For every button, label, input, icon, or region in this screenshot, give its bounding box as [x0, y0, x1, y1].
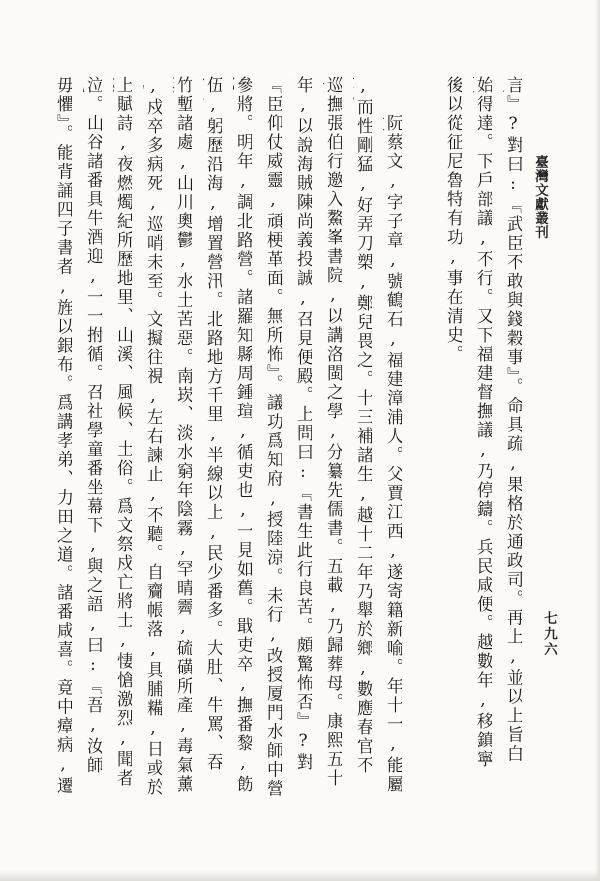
scan-edge-shadow-right: [595, 0, 600, 881]
text-column: 上賦詩,夜燃燭紀所歷地里、山溪、風候、土俗。爲文祭戍亡將士,悽愴激烈,聞者感: [113, 76, 132, 800]
text-block: 言』?對曰:『武臣不敢與錢穀事』。命具疏,果格於通政司。再上,並以上旨白之, 始…: [42, 76, 522, 800]
text-column: 參將。明年,調北路營。諸羅知縣周鍾瑄,循吏也,一見如舊。戢吏卒,撫番黎,飭部: [233, 76, 252, 800]
page-number: 七九六: [539, 611, 559, 658]
text-column: 『臣仰仗威靈,頑梗革面。無所怖』。議功爲知府,授陸涼。未行,改授厦門水師中營: [263, 76, 282, 800]
text-column-paragraph-start: 阮蔡文,字子章,號鶴石,福建漳浦人。父賈江西,遂寄籍新喻。年十一,能屬文: [383, 76, 402, 800]
text-column: 泣。山谷諸番具牛酒迎,一一拊循。召社學童番坐幕下,與之語,曰:『吾,汝師也,: [83, 76, 102, 800]
text-column: 伍,躬歷沿海,增置營汛。北路地方千里,半線以上,民少番多。大肚、牛罵、吞霄、: [203, 76, 222, 800]
text-column: 毋懼』。能背誦四子書者,旌以銀布。爲講孝弟、力田之道。諸番咸喜。竟中瘴病,遷: [53, 76, 72, 800]
text-column: 竹塹諸處,山川奧鬱,水土苦惡。南崁、淡水窮年陰霧,罕晴霽,硫磺所產,毒氣薰蒸: [173, 76, 192, 800]
text-column: 言』?對曰:『武臣不敢與錢穀事』。命具疏,果格於通政司。再上,並以上旨白之,: [503, 76, 522, 800]
series-title: 臺灣文獻叢刊: [530, 155, 550, 239]
text-column: 始得達。下戶部議,不行。又下福建督撫議,乃停鑄。兵民咸便。越數年,移鎮寧夏,: [473, 76, 492, 800]
text-column: ,戍卒多病死,巡哨未至。文擬往視,左右諫止,不聽。自齎帳落,具脯糒,日或於馬: [143, 76, 162, 800]
text-column: 巡撫張伯行邀入鰲峯書院,以講洛閩之學,分纂先儒書。五載,乃歸葬母。康熙五十一: [323, 76, 342, 800]
scan-edge-shadow-bottom: [0, 870, 600, 881]
scanned-book-page: 臺灣文獻叢刊 七九六 言』?對曰:『武臣不敢與錢穀事』。命具疏,果格於通政司。再…: [0, 0, 600, 881]
text-column: ,而性剛猛,好弄刀槊,鄭兒畏之。十三補諸生,越十二年乃舉於鄉,數應春官不第。: [353, 76, 372, 800]
text-column: 後以從征尼魯特有功,事在清史。: [443, 76, 462, 800]
paragraph-gap-column: [413, 76, 432, 800]
text-column: 年,以說海賊陳尚義投誠,召見便殿。上問曰:『書生此行良苦。頗驚怖否』?對曰:: [293, 76, 312, 800]
